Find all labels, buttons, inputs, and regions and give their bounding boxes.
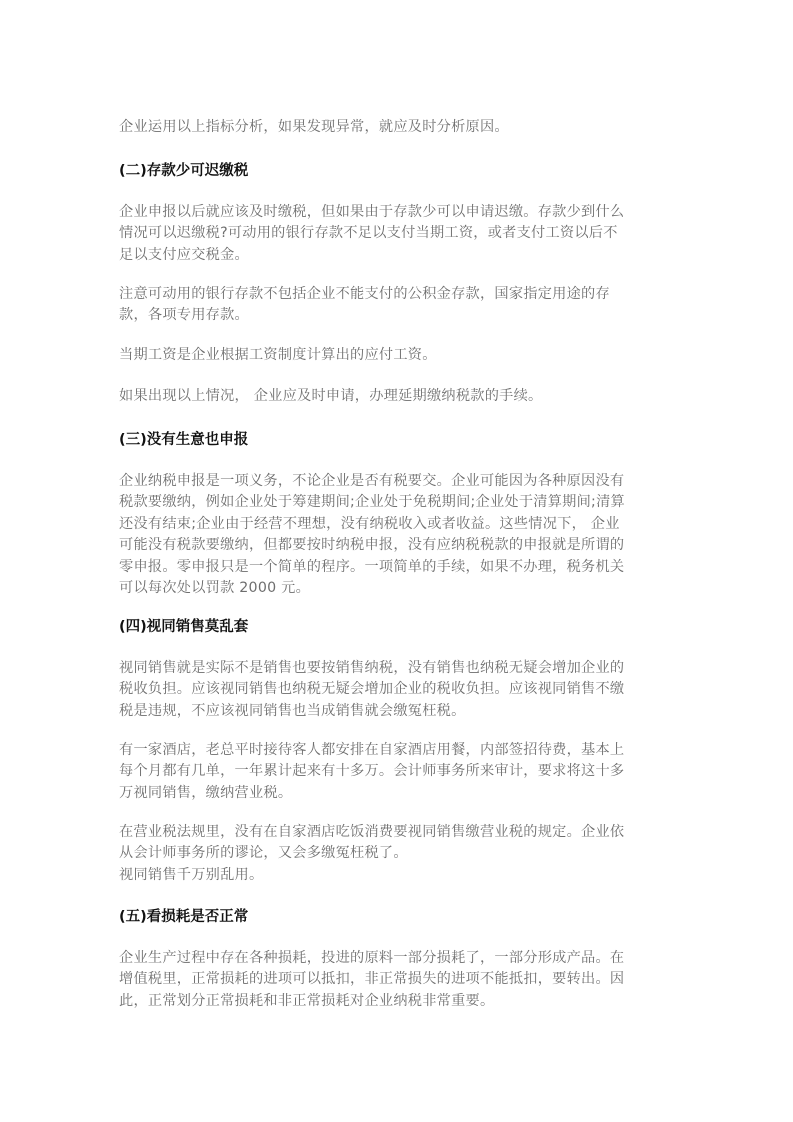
- paragraph-apply-extension: 如果出现以上情况， 企业应及时申请，办理延期缴纳税款的手续。: [119, 386, 684, 407]
- text-line: 可以每次处以罚款 2000 元。: [119, 578, 684, 599]
- paragraph-hotel-example: 有一家酒店，老总平时接待客人都安排在自家酒店用餐，内部签招待费，基本上 每个月都…: [119, 740, 684, 804]
- paragraph-deemed-sales: 视同销售就是实际不是销售也要按销售纳税，没有销售也纳税无疑会增加企业的 税收负担…: [119, 658, 684, 722]
- text-line: 税收负担。应该视同销售也纳税无疑会增加企业的税收负担。应该视同销售不缴: [119, 679, 684, 700]
- document-page: 企业运用以上指标分析，如果发现异常，就应及时分析原因。 (二)存款少可迟缴税 企…: [0, 0, 793, 1122]
- paragraph-normal-loss: 企业生产过程中存在各种损耗，投进的原料一部分损耗了，一部分形成产品。在 增值税里…: [119, 948, 684, 1012]
- text-line: 款，各项专用存款。: [119, 305, 684, 326]
- text-line: 还没有结束;企业由于经营不理想，没有纳税收入或者收益。这些情况下， 企业: [119, 514, 684, 535]
- text-line: 税款要缴纳，例如企业处于筹建期间;企业处于免税期间;企业处于清算期间;清算: [119, 492, 684, 513]
- text-line: 零申报。零申报只是一个简单的程序。一项简单的手续，如果不办理，税务机关: [119, 557, 684, 578]
- text-line: 注意可动用的银行存款不包括企业不能支付的公积金存款，国家指定用途的存: [119, 284, 684, 305]
- text-line: 此，正常划分正常损耗和非正常损耗对企业纳税非常重要。: [119, 991, 684, 1012]
- paragraph-business-tax-rule: 在营业税法规里，没有在自家酒店吃饭消费要视同销售缴营业税的规定。企业依 从会计师…: [119, 822, 684, 886]
- text-line: 企业申报以后就应该及时缴税，但如果由于存款少可以申请迟缴。存款少到什么: [119, 202, 684, 223]
- section-heading-5: (五)看损耗是否正常: [119, 907, 684, 927]
- paragraph-zero-declaration: 企业纳税申报是一项义务，不论企业是否有税要交。企业可能因为各种原因没有 税款要缴…: [119, 471, 684, 599]
- text-line: 企业运用以上指标分析，如果发现异常，就应及时分析原因。: [119, 117, 684, 138]
- text-line: 企业纳税申报是一项义务，不论企业是否有税要交。企业可能因为各种原因没有: [119, 471, 684, 492]
- text-line: 增值税里，正常损耗的进项可以抵扣，非正常损失的进项不能抵扣，要转出。因: [119, 969, 684, 990]
- section-heading-2: (二)存款少可迟缴税: [119, 161, 684, 181]
- text-line: 足以支付应交税金。: [119, 245, 684, 266]
- text-line: 每个月都有几单，一年累计起来有十多万。会计师事务所来审计，要求将这十多: [119, 761, 684, 782]
- text-line: 情况可以迟缴税?可动用的银行存款不足以支付当期工资，或者支付工资以后不: [119, 223, 684, 244]
- text-line: 视同销售千万别乱用。: [119, 865, 684, 886]
- text-line: 如果出现以上情况， 企业应及时申请，办理延期缴纳税款的手续。: [119, 386, 684, 407]
- text-line: 视同销售就是实际不是销售也要按销售纳税，没有销售也纳税无疑会增加企业的: [119, 658, 684, 679]
- section-heading-4: (四)视同销售莫乱套: [119, 617, 684, 637]
- text-line: 万视同销售，缴纳营业税。: [119, 783, 684, 804]
- section-heading-3: (三)没有生意也申报: [119, 430, 684, 450]
- text-line: 在营业税法规里，没有在自家酒店吃饭消费要视同销售缴营业税的规定。企业依: [119, 822, 684, 843]
- paragraph-indicator-analysis: 企业运用以上指标分析，如果发现异常，就应及时分析原因。: [119, 117, 684, 138]
- text-line: 企业生产过程中存在各种损耗，投进的原料一部分损耗了，一部分形成产品。在: [119, 948, 684, 969]
- text-line: 税是违规，不应该视同销售也当成销售就会缴冤枉税。: [119, 701, 684, 722]
- text-line: 当期工资是企业根据工资制度计算出的应付工资。: [119, 345, 684, 366]
- text-line: 可能没有税款要缴纳，但都要按时纳税申报，没有应纳税税款的申报就是所谓的: [119, 535, 684, 556]
- paragraph-current-wages: 当期工资是企业根据工资制度计算出的应付工资。: [119, 345, 684, 366]
- paragraph-usable-deposits: 注意可动用的银行存款不包括企业不能支付的公积金存款，国家指定用途的存 款，各项专…: [119, 284, 684, 327]
- paragraph-deferred-payment: 企业申报以后就应该及时缴税，但如果由于存款少可以申请迟缴。存款少到什么 情况可以…: [119, 202, 684, 266]
- text-line: 有一家酒店，老总平时接待客人都安排在自家酒店用餐，内部签招待费，基本上: [119, 740, 684, 761]
- text-line: 从会计师事务所的谬论，又会多缴冤枉税了。: [119, 843, 684, 864]
